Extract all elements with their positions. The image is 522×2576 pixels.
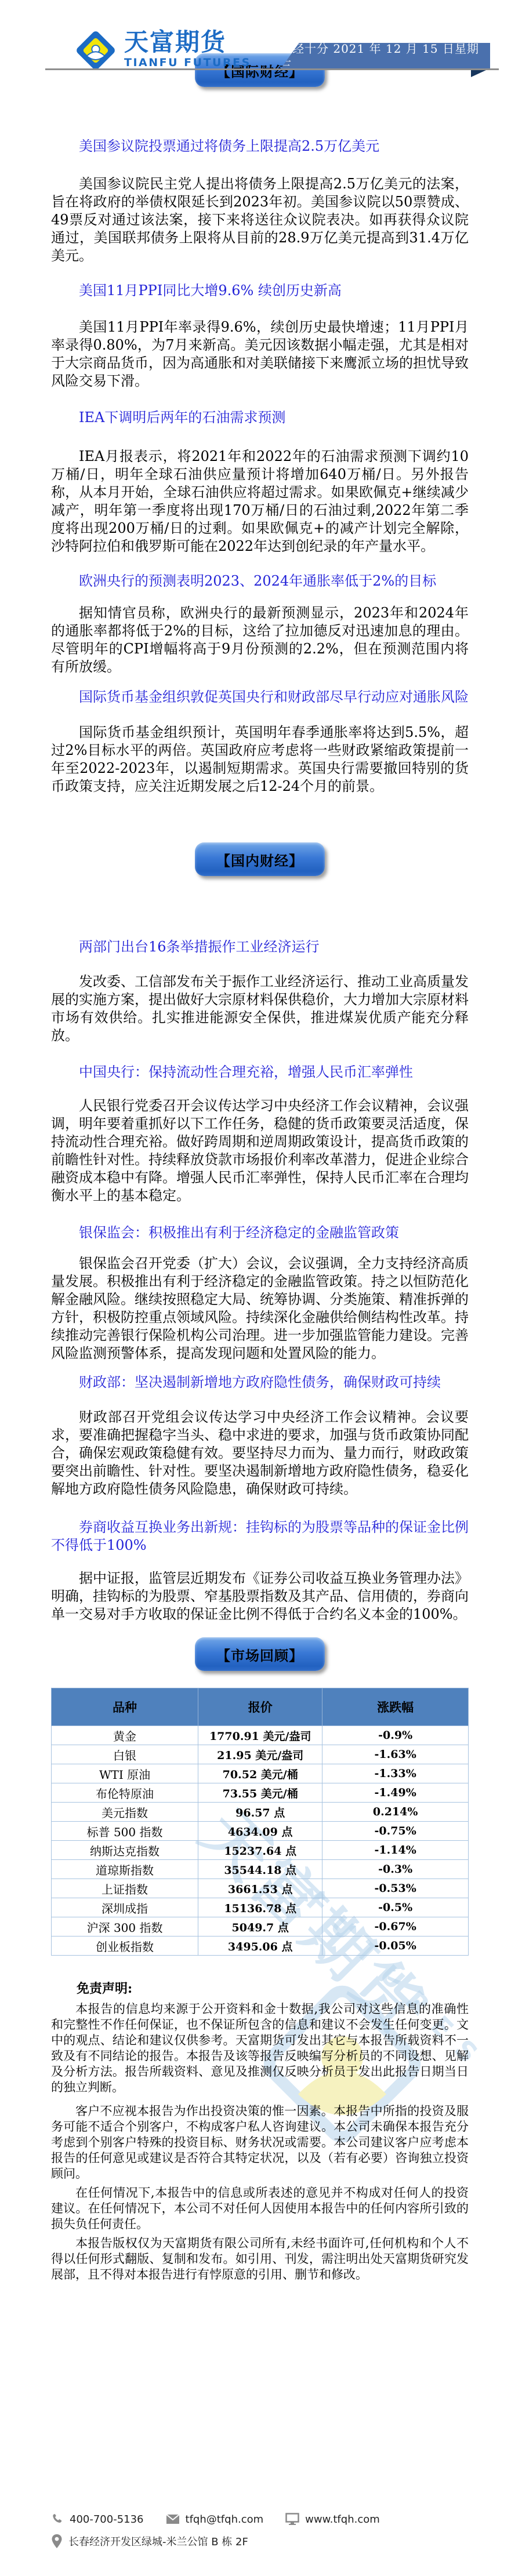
article-title: 两部门出台16条举措振作工业经济运行 [51, 938, 469, 956]
instrument-name: 沪深 300 指数 [52, 1917, 198, 1936]
instrument-name: 深圳成指 [52, 1898, 198, 1917]
footer-website-url: www.tfqh.com [305, 2513, 380, 2526]
disclaimer-paragraph: 本报告版权仅为天富期货有限公司所有,未经书面许可,任何机构和个人不得以任何形式翻… [51, 2236, 469, 2283]
change-value: -1.49% [322, 1783, 469, 1803]
footer-phone: 400-700-5136 [51, 2513, 144, 2526]
article-body: 财政部召开党组会议传达学习中央经济工作会议精神。会议要求，要准确把握稳字当头、稳… [51, 1408, 469, 1498]
change-value: -1.63% [322, 1745, 469, 1764]
quote-value: 70.52 美元/桶 [198, 1764, 322, 1783]
disclaimer-paragraph: 客户不应视本报告为作出投资决策的惟一因素。本报告中所指的投资及服务可能不适合个别… [51, 2103, 469, 2182]
instrument-name: 美元指数 [52, 1803, 198, 1822]
disclaimer-title: 免责声明: [51, 1979, 469, 1997]
quote-value: 5049.7 点 [198, 1917, 322, 1936]
article-title: 中国央行：保持流动性合理充裕，增强人民币汇率弹性 [51, 1063, 469, 1081]
article-body: 银保监会召开党委（扩大）会议，会议强调，全力支持经济高质量发展。积极推出有利于经… [51, 1255, 469, 1363]
article-title: 银保监会：积极推出有利于经济稳定的金融监管政策 [51, 1224, 469, 1242]
instrument-name: 白银 [52, 1745, 198, 1764]
instrument-name: WTI 原油 [52, 1764, 198, 1783]
quote-value: 4634.09 点 [198, 1822, 322, 1841]
change-value: -0.5% [322, 1898, 469, 1917]
table-row: 布伦特原油73.55 美元/桶-1.49% [52, 1783, 469, 1803]
instrument-name: 上证指数 [52, 1879, 198, 1898]
article-title: 国际货币基金组织敦促英国央行和财政部尽早行动应对通胀风险 [51, 688, 469, 706]
monitor-icon [285, 2513, 299, 2526]
location-pin-icon [51, 2534, 63, 2549]
logo-diamond-icon [74, 29, 117, 72]
footer-phone-number: 400-700-5136 [70, 2513, 144, 2526]
quote-value: 21.95 美元/盎司 [198, 1745, 322, 1764]
company-logo: 天富期货 TIANFU FUTURES [74, 29, 251, 72]
instrument-name: 纳斯达克指数 [52, 1841, 198, 1860]
article-title: 券商收益互换业务出新规：挂钩标的为股票等品种的保证金比例不得低于100% [51, 1518, 469, 1554]
table-row: 道琼斯指数35544.18 点-0.3% [52, 1860, 469, 1879]
banner-fold-triangle [471, 70, 486, 77]
quote-value: 1770.91 美元/盎司 [198, 1726, 322, 1745]
header-divider [45, 68, 499, 70]
change-value: -0.53% [322, 1879, 469, 1898]
phone-icon [51, 2513, 64, 2526]
section-button-market-review: 【市场回顾】 [195, 1637, 325, 1671]
table-row: 深圳成指15136.78 点-0.5% [52, 1898, 469, 1917]
table-row: 标普 500 指数4634.09 点-0.75% [52, 1822, 469, 1841]
article-body: 人民银行党委召开会议传达学习中央经济工作会议精神，会议强调，明年要着重抓好以下工… [51, 1097, 469, 1205]
table-row: 黄金1770.91 美元/盎司-0.9% [52, 1726, 469, 1745]
quote-value: 15237.64 点 [198, 1841, 322, 1860]
footer-email-address: tfqh@tfqh.com [186, 2513, 264, 2526]
instrument-name: 创业板指数 [52, 1936, 198, 1956]
article-body: 美国参议院民主党人提出将债务上限提高2.5万亿美元的法案，旨在将政府的举债权限延… [51, 175, 469, 265]
instrument-name: 布伦特原油 [52, 1783, 198, 1803]
footer-address: 长春经济开发区绿城-米兰公馆 B 栋 2F [51, 2534, 248, 2549]
logo-name-en: TIANFU FUTURES [124, 56, 251, 70]
article-title: 财政部：坚决遏制新增地方政府隐性债务，确保财政可持续 [51, 1374, 469, 1391]
quote-value: 3495.06 点 [198, 1936, 322, 1956]
date-banner: 财经十分 2021 年 12 月 15 日星期三 [280, 43, 490, 70]
article-body: 美国11月PPI年率录得9.6%，续创历史最快增速；11月PPI月率录得0.80… [51, 318, 469, 390]
quote-value: 15136.78 点 [198, 1898, 322, 1917]
article-body: 国际货币基金组织预计，英国明年春季通胀率将达到5.5%，超过2%目标水平的两倍。… [51, 724, 469, 795]
footer-website: www.tfqh.com [285, 2513, 380, 2526]
column-header-instrument: 品种 [52, 1688, 198, 1726]
article-body: 据知情官员称，欧洲央行的最新预测显示，2023年和2024年的通胀率都将低于2%… [51, 604, 469, 676]
newsletter-content: 【国际财经】 美国参议院投票通过将债务上限提高2.5万亿美元 美国参议院民主党人… [0, 53, 522, 2283]
change-value: -0.9% [322, 1726, 469, 1745]
table-row: WTI 原油70.52 美元/桶-1.33% [52, 1764, 469, 1783]
article-title: 欧洲央行的预测表明2023、2024年通胀率低于2%的目标 [51, 572, 469, 590]
footer-address-text: 长春经济开发区绿城-米兰公馆 B 栋 2F [68, 2534, 248, 2549]
instrument-name: 黄金 [52, 1726, 198, 1745]
article-title: 美国参议院投票通过将债务上限提高2.5万亿美元 [51, 137, 469, 155]
section-button-domestic: 【国内财经】 [195, 842, 325, 876]
logo-name-cn: 天富期货 [124, 29, 251, 56]
change-value: -0.05% [322, 1936, 469, 1956]
change-value: -1.33% [322, 1764, 469, 1783]
column-header-quote: 报价 [198, 1688, 322, 1726]
table-row: 美元指数96.57 点0.214% [52, 1803, 469, 1822]
disclaimer-paragraph: 在任何情况下,本报告中的信息或所表述的意见并不构成对任何人的投资建议。在任何情况… [51, 2185, 469, 2232]
column-header-change: 涨跌幅 [322, 1688, 469, 1726]
article-body: IEA月报表示，将2021年和2022年的石油需求预测下调约10万桶/日，明年全… [51, 448, 469, 555]
quote-value: 3661.53 点 [198, 1879, 322, 1898]
table-header-row: 品种 报价 涨跌幅 [52, 1688, 469, 1726]
footer-email: tfqh@tfqh.com [166, 2513, 264, 2526]
article-body: 发改委、工信部发布关于振作工业经济运行、推动工业高质量发展的实施方案，提出做好大… [51, 973, 469, 1045]
table-row: 上证指数3661.53 点-0.53% [52, 1879, 469, 1898]
article-title: IEA下调明后两年的石油需求预测 [51, 409, 469, 427]
change-value: -1.14% [322, 1841, 469, 1860]
article-body: 据中证报，监管层近期发布《证券公司收益互换业务管理办法》明确，挂钩标的为股票、窄… [51, 1569, 469, 1623]
quote-value: 35544.18 点 [198, 1860, 322, 1879]
change-value: -0.3% [322, 1860, 469, 1879]
envelope-icon [166, 2513, 180, 2525]
change-value: -0.67% [322, 1917, 469, 1936]
quote-value: 73.55 美元/桶 [198, 1783, 322, 1803]
change-value: -0.75% [322, 1822, 469, 1841]
market-table-body: 黄金1770.91 美元/盎司-0.9%白银21.95 美元/盎司-1.63%W… [52, 1726, 469, 1956]
newsletter-page: 天富期货 FUTURES 天富期货 TIANFU FUTURES 财经十分 20… [0, 0, 522, 2576]
market-review-table: 品种 报价 涨跌幅 黄金1770.91 美元/盎司-0.9%白银21.95 美元… [51, 1688, 469, 1956]
table-row: 纳斯达克指数15237.64 点-1.14% [52, 1841, 469, 1860]
instrument-name: 标普 500 指数 [52, 1822, 198, 1841]
table-row: 沪深 300 指数5049.7 点-0.67% [52, 1917, 469, 1936]
article-title: 美国11月PPI同比大增9.6% 续创历史新高 [51, 282, 469, 300]
page-header: 天富期货 TIANFU FUTURES 财经十分 2021 年 12 月 15 … [0, 0, 522, 70]
quote-value: 96.57 点 [198, 1803, 322, 1822]
table-row: 创业板指数3495.06 点-0.05% [52, 1936, 469, 1956]
change-value: 0.214% [322, 1803, 469, 1822]
instrument-name: 道琼斯指数 [52, 1860, 198, 1879]
disclaimer-paragraph: 本报告的信息均来源于公开资料和金十数据,我公司对这些信息的准确性和完整性不作任何… [51, 2001, 469, 2095]
contact-footer: 400-700-5136 tfqh@tfqh.com www.tfqh.com [51, 2513, 402, 2557]
table-row: 白银21.95 美元/盎司-1.63% [52, 1745, 469, 1764]
